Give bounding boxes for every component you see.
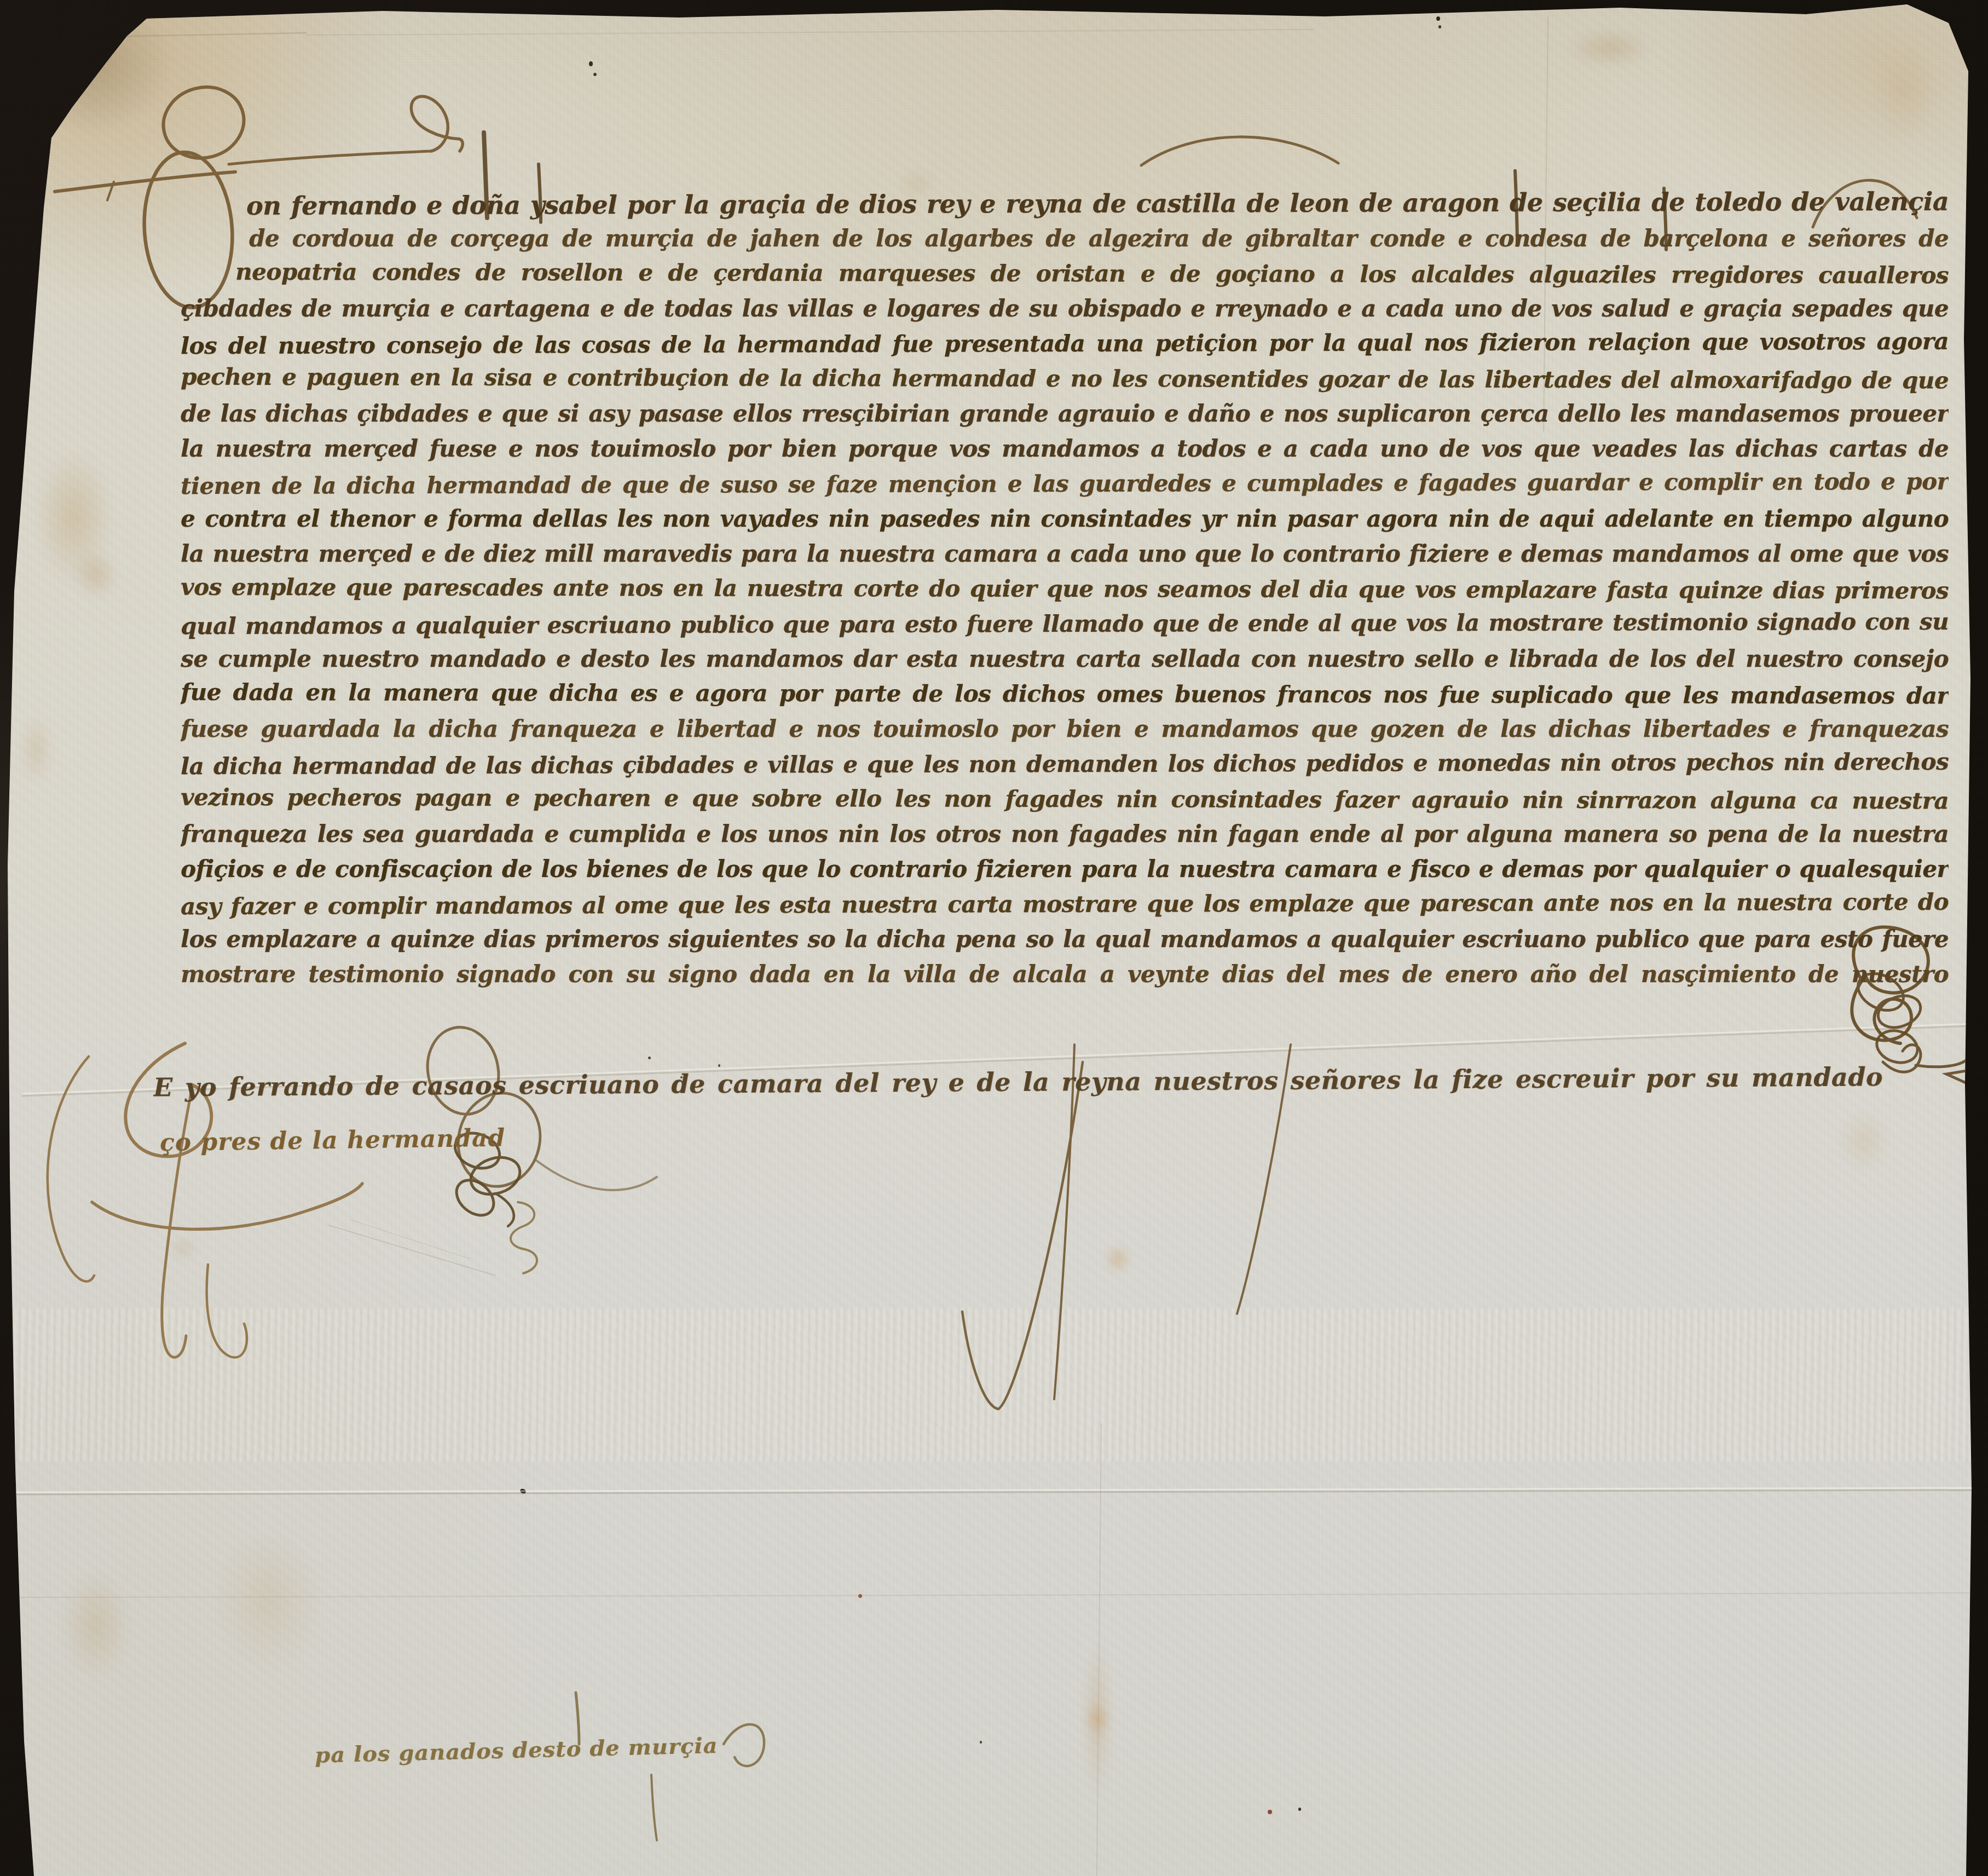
script-line: çibdades de murçia e cartagena e de toda… (181, 291, 1949, 326)
red-speck (858, 1594, 862, 1598)
script-line: neopatria condes de rosellon e de çerdan… (181, 255, 1949, 293)
script-line: vezinos pecheros pagan e pecharen e que … (181, 780, 1949, 819)
stain (1828, 1100, 1899, 1182)
script-line: mostrare testimonio signado con su signo… (181, 957, 1949, 992)
signature-end-flourish (1873, 1026, 1974, 1085)
stain (49, 1555, 142, 1697)
signature-loop-circles (420, 1020, 657, 1195)
stain (1554, 22, 1664, 74)
ink-speck (1298, 1808, 1301, 1811)
ink-speck (1438, 25, 1441, 28)
scribe-subscription-line: E yo ferrando de casaos escriuano de cam… (153, 1058, 1883, 1106)
script-line: e contra el thenor e forma dellas les no… (181, 501, 1949, 536)
script-line: de cordoua de corçega de murçia de jahen… (181, 221, 1949, 256)
script-line: asy fazer e complir mandamos al ome que … (181, 885, 1949, 924)
script-line: los del nuestro consejo de las cosas de … (181, 324, 1949, 363)
ink-speck (648, 1057, 651, 1059)
stain (1073, 1615, 1122, 1823)
ink-speck (593, 73, 597, 76)
docket-note: pa los ganados desto de murçia (314, 1729, 718, 1772)
stain (164, 1232, 203, 1265)
stain (1861, 33, 1949, 153)
script-line: la nuestra merçed e de diez mill maraved… (181, 536, 1949, 572)
script-line: pechen e paguen en la sisa e contribuçio… (181, 360, 1949, 399)
script-line: tienen de la dicha hermandad de que de s… (181, 464, 1949, 504)
ink-speck (589, 61, 593, 66)
manuscript-sheet: on fernando e doña ysabel por la graçia … (0, 0, 1988, 1876)
script-line: on fernando e doña ysabel por la graçia … (181, 184, 1949, 223)
manuscript-photo: { "manuscript": { "lines": [ "on fernand… (0, 0, 1988, 1876)
script-line: fuese guardada la dicha franqueza e libe… (181, 712, 1949, 747)
stain (22, 427, 126, 608)
script-line: se cumple nuestro mandado e desto les ma… (181, 642, 1949, 677)
ink-speck (980, 1741, 982, 1744)
script-line: de las dichas çibdades e que si asy pasa… (181, 396, 1949, 431)
script-line: los emplazare a quinze dias primeros sig… (181, 922, 1949, 957)
fold-crease-band (0, 1308, 1988, 1462)
script-line: la nuestra merçed fuese e nos touimoslo … (181, 431, 1949, 466)
script-line: la dicha hermandad de las dichas çibdade… (181, 744, 1949, 784)
stain (1100, 1240, 1135, 1278)
script-line: franqueza les sea guardada e cumplida e … (181, 817, 1949, 852)
main-text-block: on fernando e doña ysabel por la graçia … (181, 186, 1949, 992)
torn-corner-edge (49, 6, 150, 134)
ink-speck (519, 1488, 527, 1494)
docket-flourish (576, 1693, 764, 1840)
red-speck (1268, 1810, 1272, 1814)
ink-speck (1436, 16, 1440, 21)
stain (66, 542, 126, 608)
stain (197, 1511, 339, 1692)
script-line: ofiçios e de confiscaçion de los bienes … (181, 852, 1949, 887)
script-line: qual mandamos a qualquier escriuano publ… (181, 604, 1949, 644)
script-line: vos emplaze que parescades ante nos en l… (181, 570, 1949, 609)
torn-corner-shadow (38, 11, 213, 175)
stain (1081, 1697, 1114, 1741)
script-line: fue dada en la manera que dicha es e ago… (181, 675, 1949, 714)
stain (14, 706, 58, 794)
hermandad-office-line: ço pres de la hermandad (160, 1121, 506, 1161)
